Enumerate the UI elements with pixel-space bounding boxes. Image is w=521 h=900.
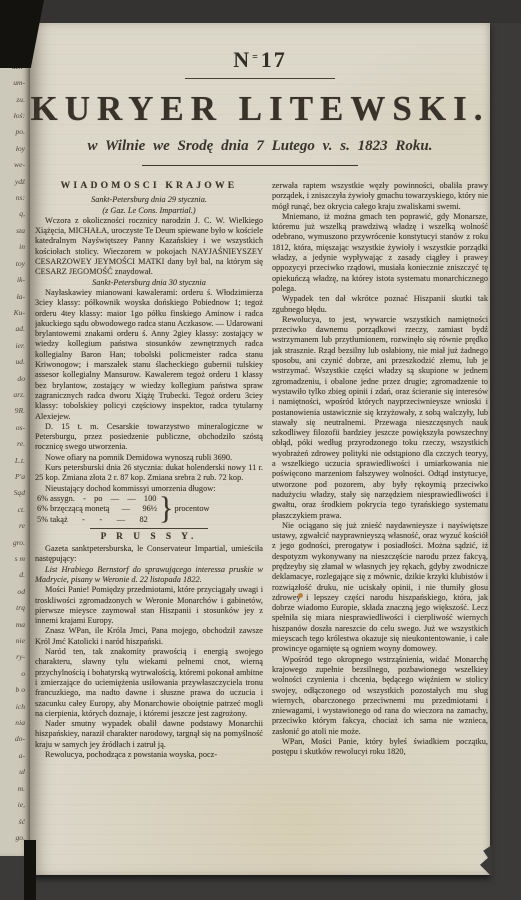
facing-text-fragment: ud.: [0, 354, 30, 370]
facing-text-fragment: ydź: [0, 174, 30, 190]
section-heading: P R U S S Y.: [35, 532, 263, 542]
rate-table: 6% assygn. - po — — 1006% brzęczącą mone…: [37, 494, 263, 525]
facing-text-fragment: os-: [0, 420, 30, 436]
facing-text-fragment: ul: [0, 764, 30, 780]
page-title: KURYER LITEWSKI.: [30, 89, 490, 129]
facing-text-fragment: po.: [0, 124, 30, 140]
facing-text-fragment: gro.: [0, 535, 30, 551]
news-paragraph: D. 15 t. m. Cesarskie towarzystwo minera…: [35, 422, 263, 453]
rate-rows: 6% assygn. - po — — 1006% brzęczącą mone…: [37, 494, 157, 525]
news-paragraph: Kurs petersburski dnia 26 stycznia: duka…: [35, 463, 263, 484]
facing-text-fragment: L.t.: [0, 453, 30, 469]
facing-text-fragment: łoś:: [0, 108, 30, 124]
rate-unit-label: procentow: [174, 504, 209, 514]
brace-glyph: }: [159, 504, 173, 515]
header-rule-short: [185, 78, 335, 79]
facing-text-fragment: ła-: [0, 289, 30, 305]
facing-text-fragment: Sąd: [0, 485, 30, 501]
ink-stain: [298, 593, 303, 598]
news-paragraph: Wypadek ten dał wkrótce poznać Hiszpanii…: [272, 294, 488, 315]
dateline: Sankt-Petersburg dnia 29 stycznia.: [35, 195, 263, 205]
text-columns: WIADOMOŚCI KRAJOWESankt-Petersburg dnia …: [30, 166, 490, 833]
facing-text-fragment: b o: [0, 682, 30, 698]
issue-value: 17: [261, 47, 287, 72]
news-paragraph: Naród ten, tak znakomity prawością i ene…: [35, 647, 263, 719]
facing-text-fragment: nia: [0, 715, 30, 731]
facing-text-fragment: ad.: [0, 321, 30, 337]
news-paragraph: Mniemano, iż można gmach ten poprawić, g…: [272, 212, 488, 294]
facing-text-fragment: P'a: [0, 469, 30, 485]
header-rule-wide: [142, 165, 358, 166]
news-paragraph: Wpośród tego okropnego wstrząśnienia, wi…: [272, 655, 488, 737]
rate-row: 6% brzęczącą monetą — 96½: [37, 504, 157, 514]
news-paragraph: Wczora z okoliczności rocznicy narodzin …: [35, 216, 263, 278]
scanned-newspaper-photo: cho-a te-dzń-um-zu.łoś:po.łoywe-ydźns:q,…: [0, 0, 521, 900]
facing-text-fragment: ie,: [0, 797, 30, 813]
facing-text-fragment: we-: [0, 157, 30, 173]
facing-page-edge: cho-a te-dzń-um-zu.łoś:po.łoywe-ydźns:q,…: [0, 26, 30, 856]
news-paragraph: Rewolucya, to jest, wywarcie wszystkich …: [272, 315, 488, 521]
edition-dateline: w Wilnie we Srodę dnia 7 Lutego v. s. 18…: [30, 138, 490, 155]
facing-text-fragment: s m: [0, 551, 30, 567]
facing-text-fragment: in: [0, 239, 30, 255]
issue-abbrev-mark: =: [252, 52, 258, 63]
facing-text-fragment: do: [0, 371, 30, 387]
facing-text-fragment: trą: [0, 600, 30, 616]
section-rule: [90, 528, 208, 529]
section-heading: WIADOMOŚCI KRAJOWE: [35, 181, 263, 191]
dateline: Sankt-Petersburg dnia 30 stycznia: [35, 278, 263, 288]
column-left: WIADOMOŚCI KRAJOWESankt-Petersburg dnia …: [35, 181, 263, 833]
letter-heading: List Hrabiego Bernstorf do sprawującego …: [35, 565, 263, 586]
facing-text-fragment: od: [0, 584, 30, 600]
facing-text-fragment: ns:: [0, 190, 30, 206]
facing-text-fragment: zu.: [0, 92, 30, 108]
facing-text-fragment: m.: [0, 781, 30, 797]
facing-text-fragment: d.: [0, 567, 30, 583]
facing-text-fragment: łoy: [0, 141, 30, 157]
facing-text-fragment: ma: [0, 617, 30, 633]
facing-text-fragment: ich: [0, 699, 30, 715]
facing-text-fragment: do-: [0, 731, 30, 747]
facing-text-fragment: Ku-: [0, 305, 30, 321]
newspaper-page: N=17 KURYER LITEWSKI. w Wilnie we Srodę …: [30, 23, 490, 875]
news-paragraph: Nieustający dochod kommissyi umorzenia d…: [35, 484, 263, 494]
news-paragraph: Nie ociągano się już znieść naydawnieysz…: [272, 521, 488, 655]
rate-row: 5% takąż - - — 82: [37, 515, 157, 525]
rate-row: 6% assygn. - po — — 100: [37, 494, 157, 504]
news-paragraph: Gazeta sanktpetersburska, le Conservateu…: [35, 544, 263, 565]
facing-text-fragment: sta: [0, 223, 30, 239]
news-paragraph: Nowe ofiary na pomnik Demidowa wynoszą r…: [35, 453, 263, 463]
news-paragraph-continued: zerwała raptem wszystkie węzły powinnośc…: [272, 181, 488, 212]
book-spine-bottom: [24, 840, 36, 900]
masthead-area: N=17 KURYER LITEWSKI. w Wilnie we Srodę …: [30, 23, 490, 166]
facing-text-fragment: ier.: [0, 338, 30, 354]
facing-text-fragment: ść: [0, 814, 30, 830]
facing-text-fragment: ct.: [0, 502, 30, 518]
news-paragraph: Nayłaskawiey mianowani kawalerami: order…: [35, 288, 263, 422]
issue-prefix: N: [233, 47, 251, 72]
news-paragraph: Znasz WPan, ile Króla Jmci, Pana mojego,…: [35, 626, 263, 647]
facing-text-fragment: a-: [0, 748, 30, 764]
source-note: (z Gaz. Le Cons. Impartial.): [35, 206, 263, 216]
news-paragraph: WPan, Mości Panie, który byłeś świadkiem…: [272, 737, 488, 758]
news-paragraph: Nader smutny wypadek obalił dawne podsta…: [35, 719, 263, 750]
column-right: zerwała raptem wszystkie węzły powinnośc…: [272, 181, 488, 833]
issue-number: N=17: [30, 47, 490, 73]
news-paragraph: Rewolucya, pochodząca z powstania woyska…: [35, 750, 263, 760]
facing-text-fragment: ry-: [0, 649, 30, 665]
facing-text-fragment: 9R.: [0, 403, 30, 419]
facing-text-fragment: nie: [0, 633, 30, 649]
facing-text-fragment: arz.: [0, 387, 30, 403]
facing-text-fragment: q,: [0, 206, 30, 222]
facing-text-fragment: re.: [0, 436, 30, 452]
facing-text-fragment: toy: [0, 256, 30, 272]
news-paragraph: Mości Panie! Pomiędzy przedmiotami, któr…: [35, 585, 263, 626]
torn-edge: [476, 845, 492, 877]
facing-text-fragment: um-: [0, 75, 30, 91]
photo-background-top: [0, 0, 521, 23]
facing-text-fragment: re: [0, 518, 30, 534]
facing-text-fragment: o: [0, 666, 30, 682]
facing-text-fragment: ik-: [0, 272, 30, 288]
